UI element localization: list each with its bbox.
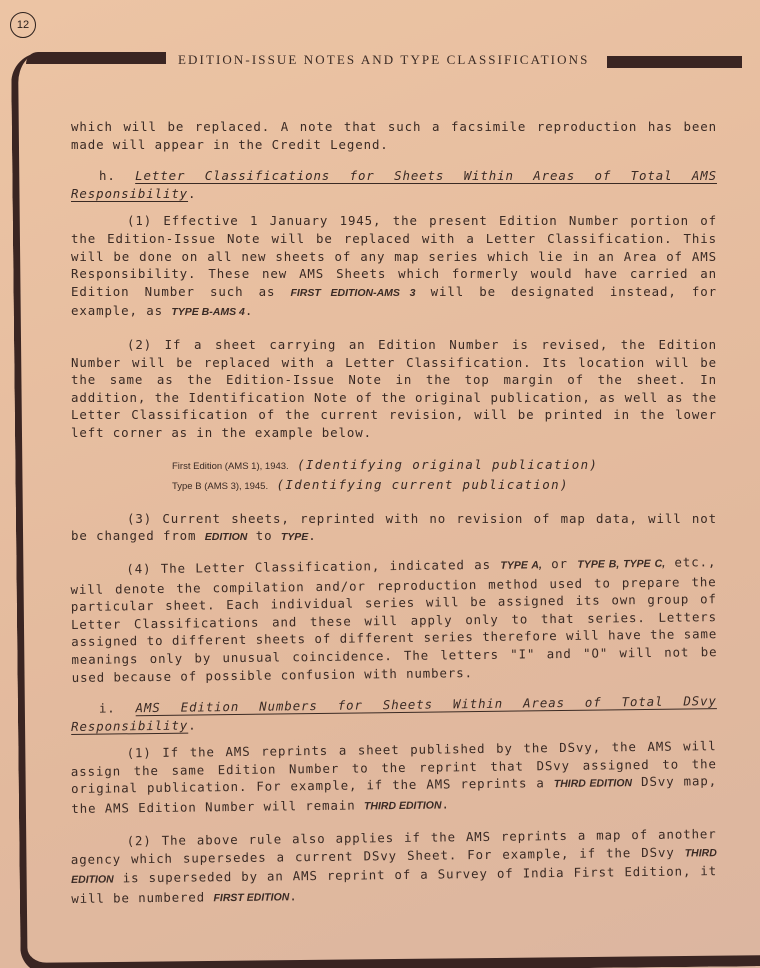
text: (3) Current sheets, reprinted with no re… [71, 511, 717, 544]
text: . [245, 303, 253, 318]
section-h-paragraph-3: (3) Current sheets, reprinted with no re… [71, 510, 717, 547]
header-bar-left [26, 52, 166, 64]
text: (4) The Letter Classification, indicated… [126, 557, 491, 576]
example-label: First Edition (AMS 1), 1943. [172, 461, 289, 472]
section-i-heading: i. AMS Edition Numbers for Sheets Within… [71, 692, 717, 735]
edition-label: THIRD EDITION [364, 799, 442, 812]
document-body: which will be replaced. A note that such… [71, 118, 717, 924]
text: (2) The above rule also applies if the A… [71, 827, 717, 867]
page-number: 12 [10, 12, 36, 38]
edition-label: EDITION [205, 531, 248, 543]
text: . [289, 888, 298, 903]
running-header: EDITION-ISSUE NOTES AND TYPE CLASSIFICAT… [178, 52, 589, 68]
type-label: TYPE [281, 531, 308, 543]
example-note: (Identifying current publication) [276, 477, 568, 492]
section-h-paragraph-1: (1) Effective 1 January 1945, the presen… [71, 212, 717, 322]
edition-label: THIRD EDITION [554, 777, 632, 790]
text: is superseded by an AMS reprint of a Sur… [71, 864, 717, 906]
section-i-paragraph-2: (2) The above rule also applies if the A… [71, 826, 718, 910]
text: . [441, 796, 450, 811]
edition-label: FIRST EDITION [213, 892, 289, 905]
section-i-marker: i. [99, 700, 116, 715]
intro-paragraph: which will be replaced. A note that such… [71, 118, 717, 153]
example-line-2: Type B (AMS 3), 1945. (Identifying curre… [172, 476, 717, 496]
section-h-paragraph-2: (2) If a sheet carrying an Edition Numbe… [71, 336, 717, 442]
section-i-title: AMS Edition Numbers for Sheets Within Ar… [71, 693, 717, 733]
section-i-paragraph-1: (1) If the AMS reprints a sheet publishe… [71, 737, 718, 819]
example-note: (Identifying original publication) [297, 457, 598, 472]
text: to [256, 528, 273, 543]
identification-note-example: First Edition (AMS 1), 1943. (Identifyin… [172, 456, 717, 496]
example-line-1: First Edition (AMS 1), 1943. (Identifyin… [172, 456, 717, 476]
text: or [551, 556, 568, 571]
section-h-paragraph-4: (4) The Letter Classification, indicated… [70, 553, 717, 686]
text: . [308, 528, 316, 543]
type-label: TYPE B-AMS 4 [171, 306, 245, 318]
edition-label: FIRST EDITION-AMS 3 [290, 287, 415, 299]
section-h-marker: h. [99, 168, 116, 183]
example-label: Type B (AMS 3), 1945. [172, 481, 268, 492]
type-label: TYPE A, [500, 559, 542, 572]
section-h-title: Letter Classifications for Sheets Within… [71, 168, 717, 201]
type-label: TYPE B, TYPE C, [577, 557, 665, 570]
section-h-heading: h. Letter Classifications for Sheets Wit… [71, 167, 717, 202]
header-bar-right [607, 56, 742, 68]
